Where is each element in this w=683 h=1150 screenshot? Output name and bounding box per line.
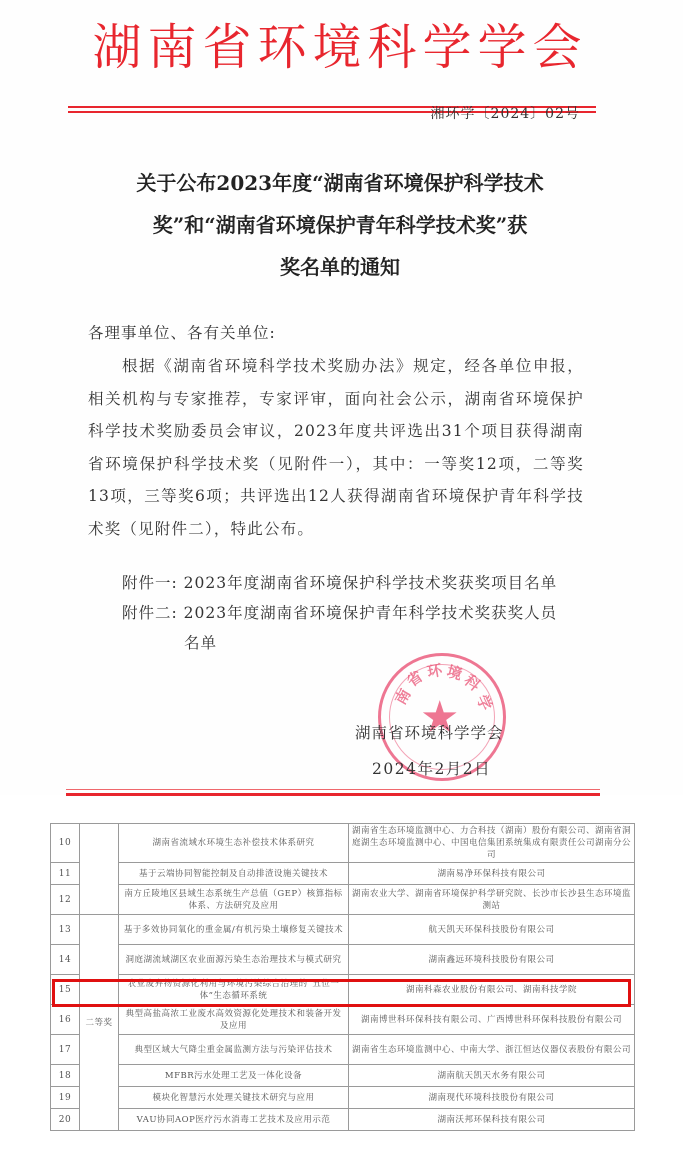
row-number: 13 bbox=[51, 915, 80, 945]
project-name: 洞庭湖流域湖区农业面源污染生态治理技术与模式研究 bbox=[119, 945, 349, 975]
row-number: 19 bbox=[51, 1087, 80, 1109]
table-row: 10 湖南省流域水环境生态补偿技术体系研究 湖南省生态环境监测中心、力合科技（湖… bbox=[51, 824, 635, 863]
seal-char: 环 bbox=[425, 659, 443, 682]
notice-body: 根据《湖南省环境科学技术奖励办法》规定，经各单位申报，相关机构与专家推荐，专家评… bbox=[88, 350, 584, 546]
footer-divider bbox=[66, 789, 600, 790]
signature-date: 2024年2月2日 bbox=[372, 758, 491, 780]
completing-units: 湖南省生态环境监测中心、力合科技（湖南）股份有限公司、湖南省洞庭湖生态环境监测中… bbox=[349, 824, 635, 863]
project-name: 湖南省流域水环境生态补偿技术体系研究 bbox=[119, 824, 349, 863]
attachment-item: 附件一: 2023年度湖南省环境保护科学技术奖获奖项目名单 bbox=[122, 568, 557, 598]
org-letterhead-title: 湖南省环境科学学会 bbox=[60, 18, 620, 78]
row-number: 10 bbox=[51, 824, 80, 863]
project-name: 典型区域大气降尘重金属监测方法与污染评估技术 bbox=[119, 1035, 349, 1065]
notice-title-line: 奖”和“湖南省环境保护青年科学技术奖”获 bbox=[80, 204, 600, 246]
completing-units: 湖南鑫远环境科技股份有限公司 bbox=[349, 945, 635, 975]
row-number: 16 bbox=[51, 1005, 80, 1035]
table-row: 13 二等奖 基于多效协同氧化的重金属/有机污染土壤修复关键技术 航天凯天环保科… bbox=[51, 915, 635, 945]
table-row: 18 MFBR污水处理工艺及一体化设备 湖南航天凯天水务有限公司 bbox=[51, 1065, 635, 1087]
project-name: VAU协同AOP医疗污水消毒工艺技术及应用示范 bbox=[119, 1109, 349, 1131]
award-grade-cell bbox=[80, 824, 119, 915]
award-grade-cell: 二等奖 bbox=[80, 915, 119, 1131]
completing-units: 湖南现代环境科技股份有限公司 bbox=[349, 1087, 635, 1109]
table-row: 19 模块化智慧污水处理关键技术研究与应用 湖南现代环境科技股份有限公司 bbox=[51, 1087, 635, 1109]
row-number: 20 bbox=[51, 1109, 80, 1131]
signature-org: 湖南省环境科学学会 bbox=[355, 722, 504, 744]
attachment-item: 附件二: 2023年度湖南省环境保护青年科学技术奖获奖人员 bbox=[122, 598, 557, 628]
attachments-list: 附件一: 2023年度湖南省环境保护科学技术奖获奖项目名单 附件二: 2023年… bbox=[122, 568, 557, 658]
table-row-highlighted: 15 农业废弃物资源化利用与环境污染综合治理的“五位一体”生态循环系统 湖南科森… bbox=[51, 975, 635, 1005]
table-row: 14 洞庭湖流域湖区农业面源污染生态治理技术与模式研究 湖南鑫远环境科技股份有限… bbox=[51, 945, 635, 975]
project-name: 基于云端协同智能控制及自动排渣设施关键技术 bbox=[119, 863, 349, 885]
salutation: 各理事单位、各有关单位: bbox=[88, 322, 276, 344]
table-row: 11 基于云端协同智能控制及自动排渣设施关键技术 湖南易净环保科技有限公司 bbox=[51, 863, 635, 885]
footer-divider-secondary bbox=[66, 793, 600, 796]
completing-units: 湖南沃邦环保科技有限公司 bbox=[349, 1109, 635, 1131]
awards-table: 10 湖南省流域水环境生态补偿技术体系研究 湖南省生态环境监测中心、力合科技（湖… bbox=[50, 823, 635, 1131]
project-name: 南方丘陵地区县域生态系统生产总值（GEP）核算指标体系、方法研究及应用 bbox=[119, 885, 349, 915]
row-number: 12 bbox=[51, 885, 80, 915]
table-row: 17 典型区域大气降尘重金属监测方法与污染评估技术 湖南省生态环境监测中心、中南… bbox=[51, 1035, 635, 1065]
completing-units: 湖南航天凯天水务有限公司 bbox=[349, 1065, 635, 1087]
document-number: 湘环学〔2024〕02号 bbox=[420, 104, 580, 124]
row-number: 17 bbox=[51, 1035, 80, 1065]
notice-title: 关于公布2023年度“湖南省环境保护科学技术 奖”和“湖南省环境保护青年科学技术… bbox=[80, 162, 600, 288]
row-number: 14 bbox=[51, 945, 80, 975]
completing-units: 湖南易净环保科技有限公司 bbox=[349, 863, 635, 885]
project-name: 基于多效协同氧化的重金属/有机污染土壤修复关键技术 bbox=[119, 915, 349, 945]
completing-units: 湖南省生态环境监测中心、中南大学、浙江恒达仪器仪表股份有限公司 bbox=[349, 1035, 635, 1065]
project-name: 模块化智慧污水处理关键技术研究与应用 bbox=[119, 1087, 349, 1109]
table-row: 12 南方丘陵地区县域生态系统生产总值（GEP）核算指标体系、方法研究及应用 湖… bbox=[51, 885, 635, 915]
completing-units: 航天凯天环保科技股份有限公司 bbox=[349, 915, 635, 945]
notice-page: 湖南省环境科学学会 湘环学〔2024〕02号 关于公布2023年度“湖南省环境保… bbox=[0, 0, 683, 795]
notice-title-line: 关于公布2023年度“湖南省环境保护科学技术 bbox=[80, 162, 600, 204]
row-number: 18 bbox=[51, 1065, 80, 1087]
table-row: 20 VAU协同AOP医疗污水消毒工艺技术及应用示范 湖南沃邦环保科技有限公司 bbox=[51, 1109, 635, 1131]
completing-units: 湖南科森农业股份有限公司、湖南科技学院 bbox=[349, 975, 635, 1005]
project-name: 典型高盐高浓工业废水高效资源化处理技术和装备开发及应用 bbox=[119, 1005, 349, 1035]
completing-units: 湖南博世科环保科技有限公司、广西博世科环保科技股份有限公司 bbox=[349, 1005, 635, 1035]
row-number: 11 bbox=[51, 863, 80, 885]
completing-units: 湖南农业大学、湖南省环境保护科学研究院、长沙市长沙县生态环境监测站 bbox=[349, 885, 635, 915]
table-row: 16 典型高盐高浓工业废水高效资源化处理技术和装备开发及应用 湖南博世科环保科技… bbox=[51, 1005, 635, 1035]
attachment-item-continued: 名单 bbox=[122, 628, 557, 658]
awards-table-excerpt: 10 湖南省流域水环境生态补偿技术体系研究 湖南省生态环境监测中心、力合科技（湖… bbox=[50, 823, 634, 1131]
project-name: MFBR污水处理工艺及一体化设备 bbox=[119, 1065, 349, 1087]
row-number: 15 bbox=[51, 975, 80, 1005]
project-name: 农业废弃物资源化利用与环境污染综合治理的“五位一体”生态循环系统 bbox=[119, 975, 349, 1005]
notice-title-line: 奖名单的通知 bbox=[80, 246, 600, 288]
